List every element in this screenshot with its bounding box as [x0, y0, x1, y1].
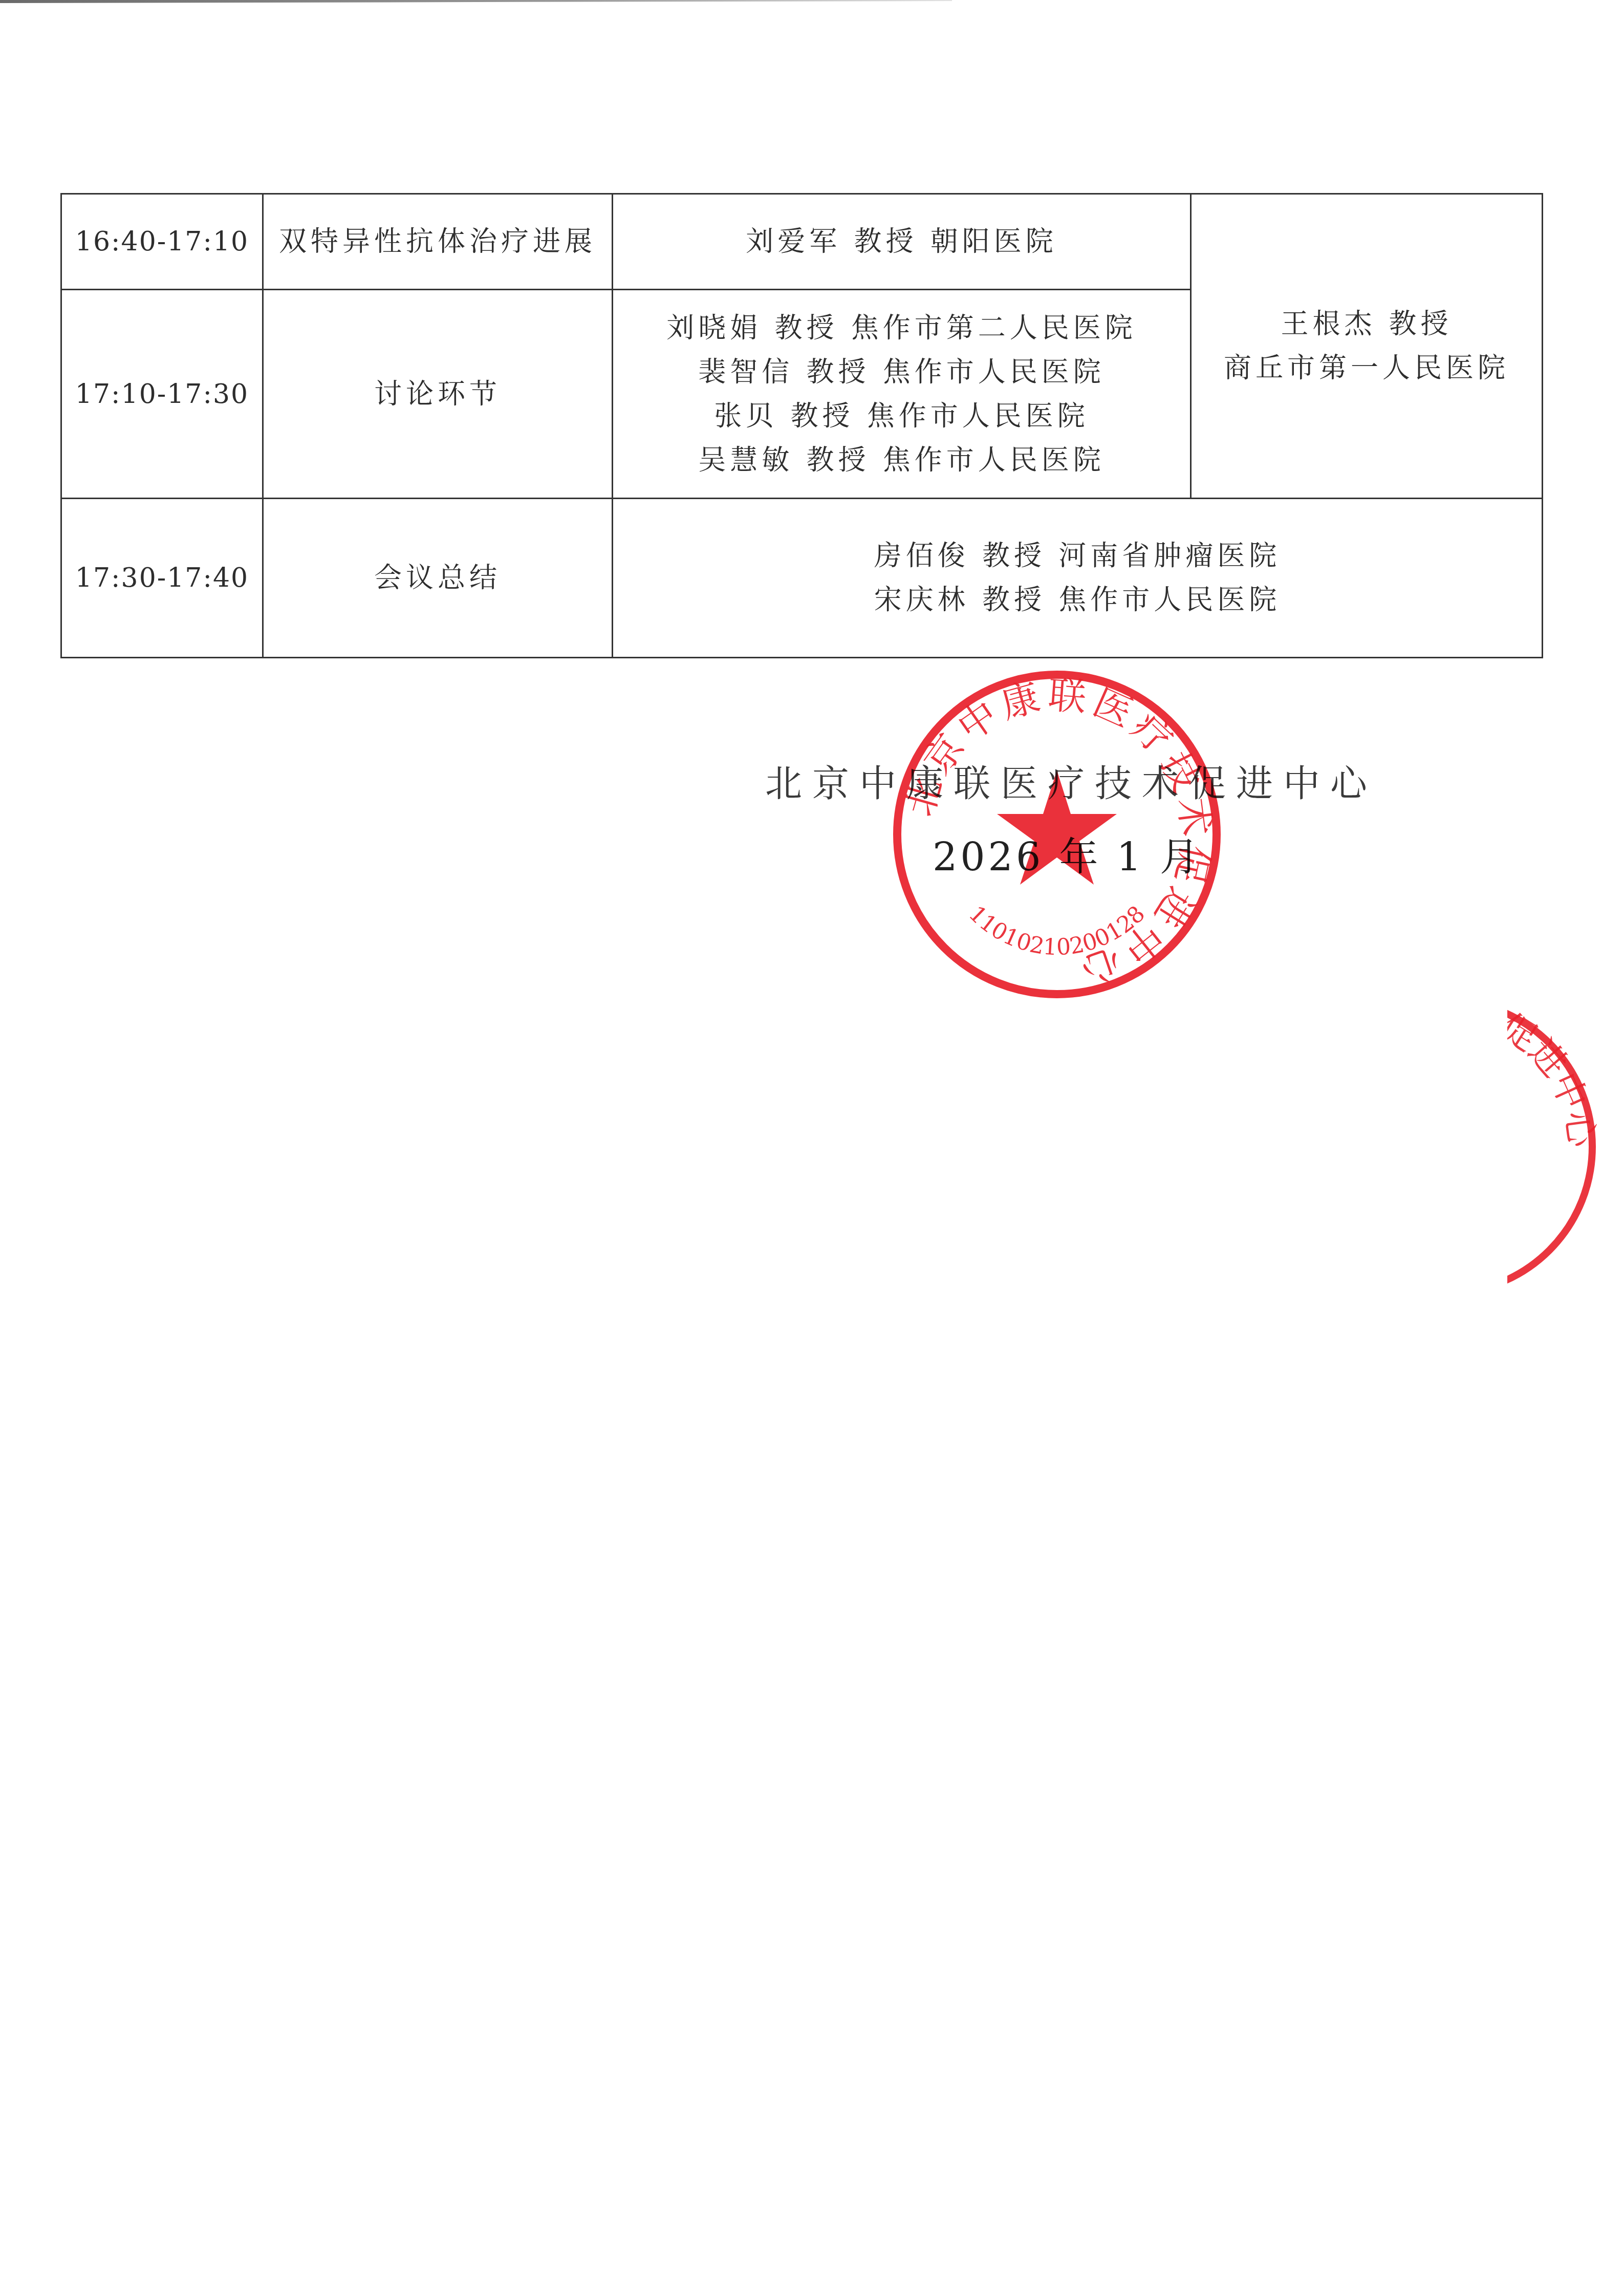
- topic-cell: 讨论环节: [263, 290, 613, 499]
- time-cell: 17:10-17:30: [61, 290, 263, 499]
- moderator-affiliation: 商丘市第一人民医院: [1192, 346, 1542, 390]
- signature-block: 北京中康联医疗技术促进中心 2026 年 1 月: [765, 758, 1369, 883]
- speaker-line: 吴慧敏 教授 焦作市人民医院: [613, 438, 1190, 482]
- partial-seal-icon: 术促进中心: [1507, 993, 1624, 1300]
- speaker-cell: 房佰俊 教授 河南省肿瘤医院 宋庆林 教授 焦作市人民医院: [613, 499, 1543, 658]
- moderator-cell: 王根杰 教授 商丘市第一人民医院: [1191, 194, 1543, 499]
- table-row: 17:30-17:40 会议总结 房佰俊 教授 河南省肿瘤医院 宋庆林 教授 焦…: [61, 499, 1543, 658]
- speaker-line: 张贝 教授 焦作市人民医院: [613, 394, 1190, 438]
- speaker-cell: 刘晓娟 教授 焦作市第二人民医院 裴智信 教授 焦作市人民医院 张贝 教授 焦作…: [613, 290, 1191, 499]
- speaker-line: 裴智信 教授 焦作市人民医院: [613, 350, 1190, 394]
- speaker-cell: 刘爱军 教授 朝阳医院: [613, 194, 1191, 290]
- speaker-line: 宋庆林 教授 焦作市人民医院: [613, 578, 1542, 622]
- time-cell: 17:30-17:40: [61, 499, 263, 658]
- speaker-line: 房佰俊 教授 河南省肿瘤医院: [613, 534, 1542, 578]
- speaker-line: 刘晓娟 教授 焦作市第二人民医院: [613, 306, 1190, 350]
- scan-edge-artifact: [0, 0, 952, 3]
- time-cell: 16:40-17:10: [61, 194, 263, 290]
- topic-cell: 会议总结: [263, 499, 613, 658]
- topic-cell: 双特异性抗体治疗进展: [263, 194, 613, 290]
- svg-text:术促进中心: 术促进中心: [1507, 993, 1599, 1151]
- schedule-table: 16:40-17:10 双特异性抗体治疗进展 刘爱军 教授 朝阳医院 王根杰 教…: [60, 193, 1543, 658]
- moderator-name: 王根杰 教授: [1192, 302, 1542, 346]
- speaker-line: 刘爱军 教授 朝阳医院: [613, 220, 1190, 264]
- table-row: 16:40-17:10 双特异性抗体治疗进展 刘爱军 教授 朝阳医院 王根杰 教…: [61, 194, 1543, 290]
- organization-name: 北京中康联医疗技术促进中心: [765, 758, 1369, 809]
- svg-text:11010210200128: 11010210200128: [964, 900, 1150, 960]
- issue-date: 2026 年 1 月: [765, 831, 1369, 883]
